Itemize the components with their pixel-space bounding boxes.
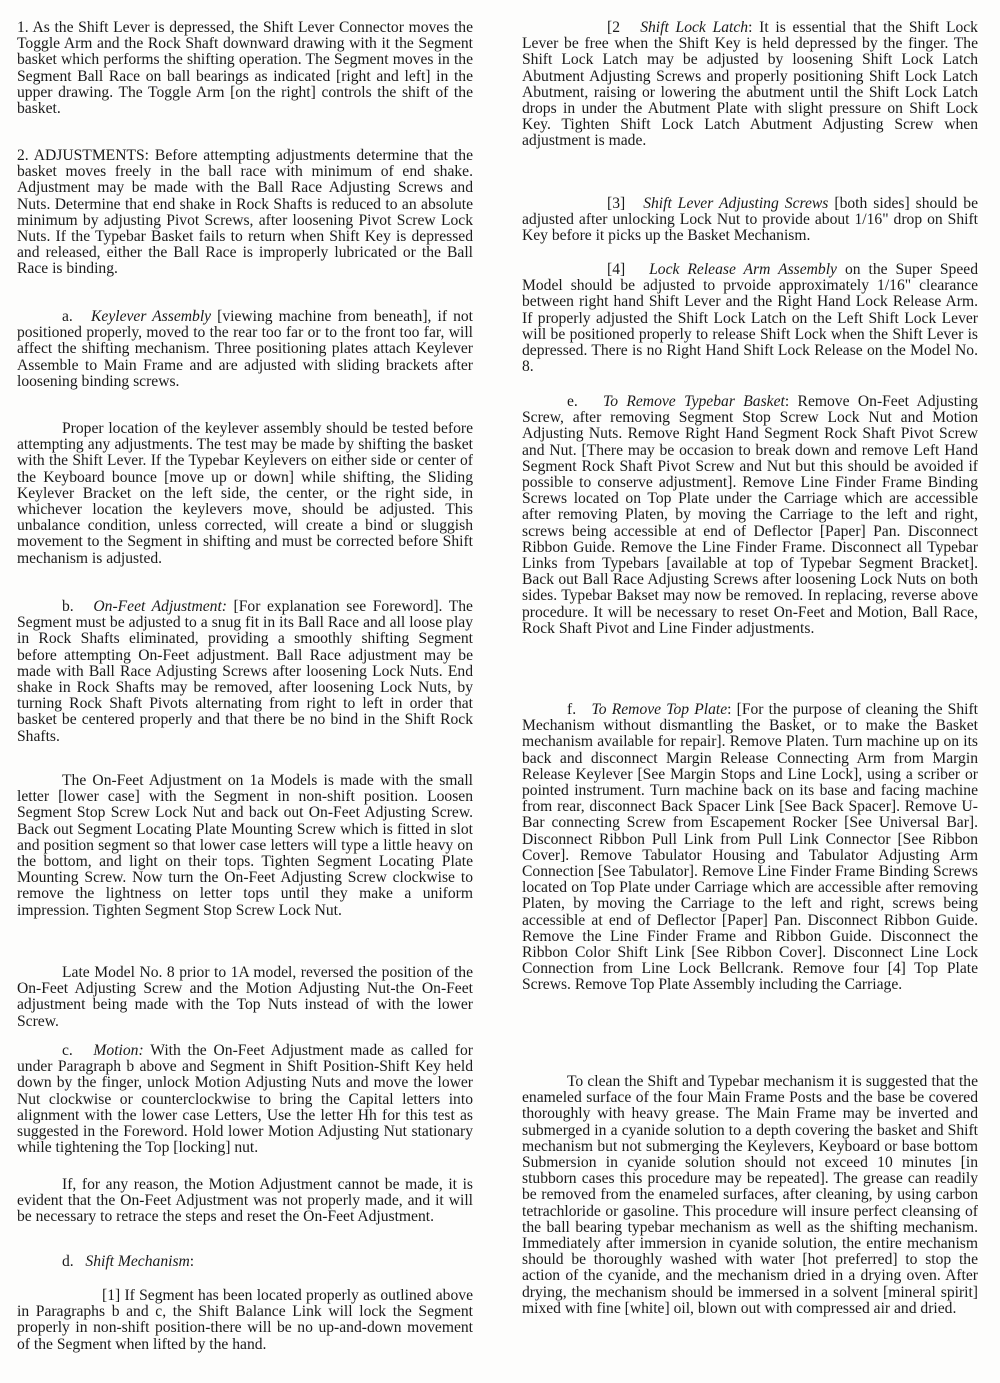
paragraph-d-4-label: [4] [607, 261, 625, 278]
paragraph-d-label: d. [62, 1253, 74, 1270]
paragraph-d-3-title: Shift Lever Adjusting Screws [643, 195, 828, 212]
paragraph-d-1-shift-balance-link: [1] If Segment has been located properly… [17, 1288, 473, 1353]
paragraph-f-title: To Remove Top Plate [592, 701, 728, 718]
paragraph-a-keylever-assembly: a. Keylever Assembly [viewing machine fr… [17, 309, 473, 390]
paragraph-b-label: b. [62, 598, 74, 615]
document-page: 1. As the Shift Lever is depressed, the … [0, 0, 1000, 1383]
paragraph-e-title: To Remove Typebar Basket [603, 393, 785, 410]
paragraph-a-body: [viewing machine from beneath], if not p… [17, 308, 473, 390]
paragraph-d-2-title: Shift Lock Latch [640, 19, 748, 36]
paragraph-e-label: e. [567, 393, 578, 410]
paragraph-b-title: On-Feet Adjustment: [93, 598, 227, 615]
paragraph-c-title: Motion: [93, 1042, 143, 1059]
paragraph-c-motion: c. Motion: With the On-Feet Adjustment m… [17, 1043, 473, 1156]
paragraph-c-label: c. [62, 1042, 73, 1059]
paragraph-f-label: f. [567, 701, 576, 718]
paragraph-d-3-shift-lever-screws: [3] Shift Lever Adjusting Screws [both s… [522, 196, 978, 245]
paragraph-a-label: a. [62, 308, 73, 325]
paragraph-e-body: : Remove On-Feet Adjusting Screw, after … [522, 393, 978, 637]
paragraph-c-body: With the On-Feet Adjustment made as call… [17, 1042, 473, 1156]
paragraph-d-2-label: [2 [607, 19, 620, 36]
paragraph-b-1a-models: The On-Feet Adjustment on 1a Models is m… [17, 773, 473, 919]
paragraph-d-2-body: : It is essential that the Shift Lock Le… [522, 19, 978, 149]
paragraph-d-title: Shift Mechanism [85, 1253, 189, 1270]
paragraph-b-body: [For explanation see Foreword]. The Segm… [17, 598, 473, 745]
paragraph-f-remove-top-plate: f. To Remove Top Plate: [For the purpose… [522, 702, 978, 994]
paragraph-cleaning-procedure: To clean the Shift and Typebar mechanism… [522, 1074, 978, 1317]
paragraph-d-3-label: [3] [607, 195, 625, 212]
paragraph-d-heading: d. Shift Mechanism: [17, 1254, 473, 1270]
paragraph-a-keylever-test: Proper location of the keylever assembly… [17, 421, 473, 567]
paragraph-d-4-lock-release-arm: [4] Lock Release Arm Assembly on the Sup… [522, 262, 978, 375]
paragraph-d-4-body: on the Super Speed Model should be adjus… [522, 261, 978, 375]
paragraph-b-late-model-8: Late Model No. 8 prior to 1A model, reve… [17, 965, 473, 1030]
paragraph-e-remove-typebar-basket: e. To Remove Typebar Basket: Remove On-F… [522, 394, 978, 637]
paragraph-2-adjustments: 2. ADJUSTMENTS: Before attempting adjust… [17, 148, 473, 278]
paragraph-f-body: : [For the purpose of cleaning the Shift… [522, 701, 978, 993]
paragraph-d-4-title: Lock Release Arm Assembly [649, 261, 837, 278]
paragraph-d-colon: : [190, 1253, 194, 1270]
paragraph-1-shift-lever: 1. As the Shift Lever is depressed, the … [17, 20, 473, 117]
paragraph-b-on-feet-adjustment: b. On-Feet Adjustment: [For explanation … [17, 599, 473, 745]
paragraph-c-motion-failure: If, for any reason, the Motion Adjustmen… [17, 1177, 473, 1226]
paragraph-d-2-shift-lock-latch: [2 Shift Lock Latch: It is essential tha… [522, 20, 978, 150]
paragraph-a-title: Keylever Assembly [91, 308, 211, 325]
